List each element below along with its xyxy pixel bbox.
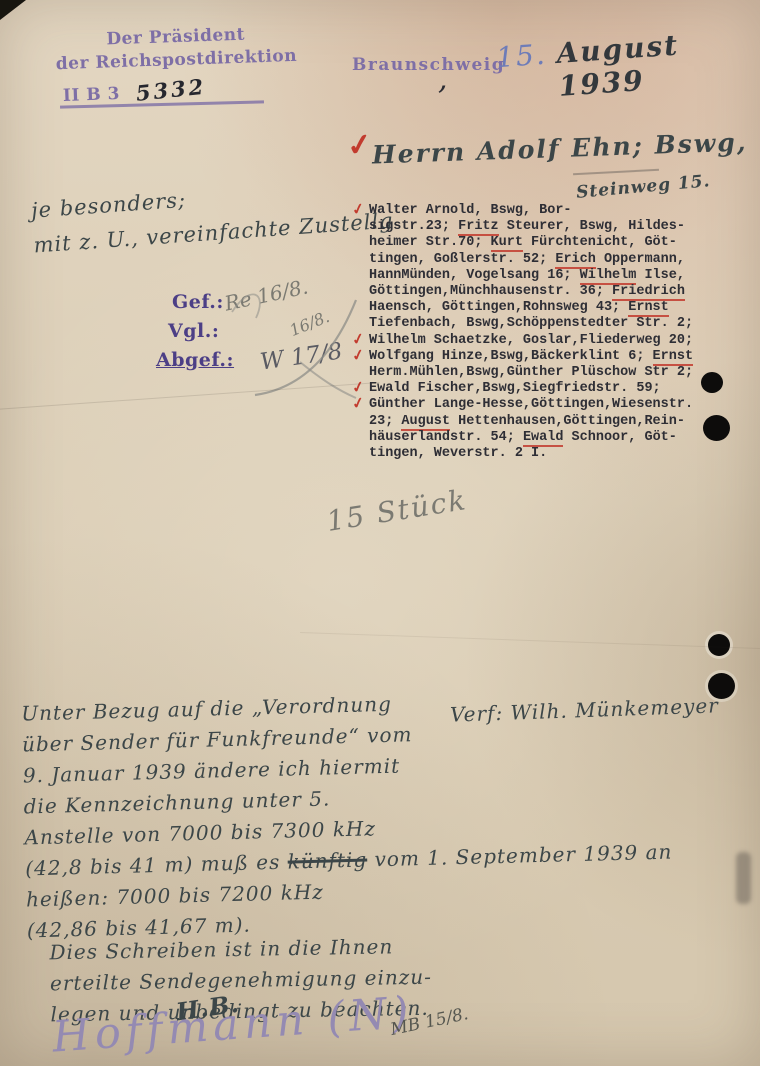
- typed-text: Tiefenbach, Bswg,Schöppenstedter Str. 2;: [369, 316, 693, 331]
- typed-text: Walter Arnold, Bswg, Bor-: [369, 203, 572, 218]
- paper-crease: [300, 632, 760, 649]
- red-checkmark-icon: ✓: [350, 346, 366, 364]
- typed-line: tingen, Goßlerstr. 52; Erich Oppermann,: [369, 252, 714, 268]
- ink-blot: [701, 372, 723, 393]
- red-underlined-name: Wilhelm: [580, 268, 637, 283]
- typed-text: sigstr.23;: [369, 219, 458, 234]
- typed-line: Tiefenbach, Bswg,Schöppenstedter Str. 2;: [369, 316, 714, 332]
- red-checkmark-icon: ✓: [350, 394, 366, 412]
- typed-line: tingen, Weverstr. 2 I.: [369, 446, 714, 462]
- typed-text: Oppermann,: [596, 252, 685, 267]
- paper-crease: [0, 382, 380, 411]
- typed-line: heimer Str.70; Kurt Fürchtenicht, Göt-: [369, 235, 714, 251]
- office-stamp: Der Präsident der Reichspostdirektion II…: [55, 22, 299, 109]
- registry-vgl-note: 16/8.: [287, 307, 332, 340]
- typed-text: häuserlandstr. 54;: [369, 430, 523, 445]
- typed-text: Ilse,: [636, 268, 685, 283]
- typed-line: Herm.Mühlen,Bswg,Günther Plüschow Str 2;: [369, 365, 714, 381]
- red-underlined-name: Ernst: [653, 349, 694, 364]
- addressee-underline: [573, 169, 659, 175]
- punch-hole: [708, 634, 730, 656]
- typed-text: Steurer, Bswg, Hildes-: [499, 219, 685, 234]
- typed-text: 23;: [369, 414, 401, 429]
- typed-line: sigstr.23; Fritz Steurer, Bswg, Hildes-: [369, 219, 714, 235]
- count-note: 15 Stück: [324, 483, 469, 538]
- typed-line: ✓Günther Lange-Hesse,Göttingen,Wiesenstr…: [369, 397, 714, 413]
- addressee-name: Herrn Adolf Ehn; Bswg,: [372, 127, 748, 169]
- punch-hole: [708, 673, 735, 699]
- red-underlined-name: Kurt: [491, 235, 523, 250]
- addressee-street: Steinweg 15.: [575, 171, 711, 203]
- red-underlined-name: Ernst: [628, 300, 669, 315]
- typed-line: ✓Ewald Fischer,Bswg,Siegfriedstr. 59;: [369, 381, 714, 397]
- date-month-year: August 1939: [555, 23, 760, 103]
- typed-text: Ewald Fischer,Bswg,Siegfriedstr. 59;: [369, 381, 661, 396]
- date-day: 15.: [495, 38, 550, 107]
- typed-text: Wilhelm Schaetzke, Goslar,Fliederweg 20;: [369, 333, 693, 348]
- typed-text: Wolfgang Hinze,Bswg,Bäckerklint 6;: [369, 349, 653, 364]
- red-underlined-name: Erich: [555, 252, 596, 267]
- typed-text: Hettenhausen,Göttingen,Rein-: [450, 414, 685, 429]
- typed-text: heimer Str.70;: [369, 235, 491, 250]
- edge-smudge: [736, 852, 751, 904]
- registry-abgef-note: W 17/8: [259, 338, 344, 375]
- red-underlined-name: Fritz: [458, 219, 499, 234]
- typed-line: ✓Wolfgang Hinze,Bswg,Bäckerklint 6; Erns…: [369, 349, 714, 365]
- typed-text: Haensch, Göttingen,Rohnsweg 43;: [369, 300, 628, 315]
- typed-text: Günther Lange-Hesse,Göttingen,Wiesenstr.: [369, 397, 693, 412]
- red-underlined-name: August: [401, 414, 450, 429]
- typed-text: Herm.Mühlen,Bswg,Günther Plüschow Str 2;: [369, 365, 693, 380]
- registry-abgef-stamp: Abgef.:: [156, 349, 234, 371]
- typed-text: tingen, Weverstr. 2 I.: [369, 446, 547, 461]
- registry-vgl-stamp: Vgl.:: [168, 320, 219, 342]
- ink-blot: [703, 415, 730, 441]
- typed-line: Göttingen,Münchhausenstr. 36; Friedrich: [369, 284, 714, 300]
- red-checkmark-icon: ✓: [345, 126, 375, 164]
- red-underlined-name: Friedrich: [612, 284, 685, 299]
- typed-line: Haensch, Göttingen,Rohnsweg 43; Ernst: [369, 300, 714, 316]
- red-underlined-name: Ewald: [523, 430, 564, 445]
- scan-corner-shadow: [0, 0, 26, 20]
- typed-line: ✓Wilhelm Schaetzke, Goslar,Fliederweg 20…: [369, 333, 714, 349]
- struck-word: künftig: [287, 848, 367, 874]
- typed-text: HannMünden, Vogelsang 16;: [369, 268, 580, 283]
- handwritten-date: 15. August 1939: [495, 23, 760, 107]
- typed-text: Göttingen,Münchhausenstr. 36;: [369, 284, 612, 299]
- registry-gef-stamp: Gef.:: [172, 291, 224, 313]
- typed-line: ✓Walter Arnold, Bswg, Bor-: [369, 203, 714, 219]
- typed-text: Fürchtenicht, Göt-: [523, 235, 677, 250]
- typed-recipient-list: ✓Walter Arnold, Bswg, Bor-sigstr.23; Fri…: [369, 203, 714, 462]
- typed-text: Schnoor, Göt-: [563, 430, 676, 445]
- typed-line: HannMünden, Vogelsang 16; Wilhelm Ilse,: [369, 268, 714, 284]
- date-comma: ,: [438, 62, 448, 97]
- typed-line: häuserlandstr. 54; Ewald Schnoor, Göt-: [369, 430, 714, 446]
- scanned-letter-page: Der Präsident der Reichspostdirektion II…: [0, 0, 760, 1066]
- city-stamp: Braunschweig: [352, 55, 505, 75]
- typed-text: tingen, Goßlerstr. 52;: [369, 252, 555, 267]
- registry-gef-note: Re 16/8.: [222, 274, 310, 315]
- distribution-note: je besonders; mit z. U., vereinfachte Zu…: [30, 169, 395, 264]
- typed-line: 23; August Hettenhausen,Göttingen,Rein-: [369, 414, 714, 430]
